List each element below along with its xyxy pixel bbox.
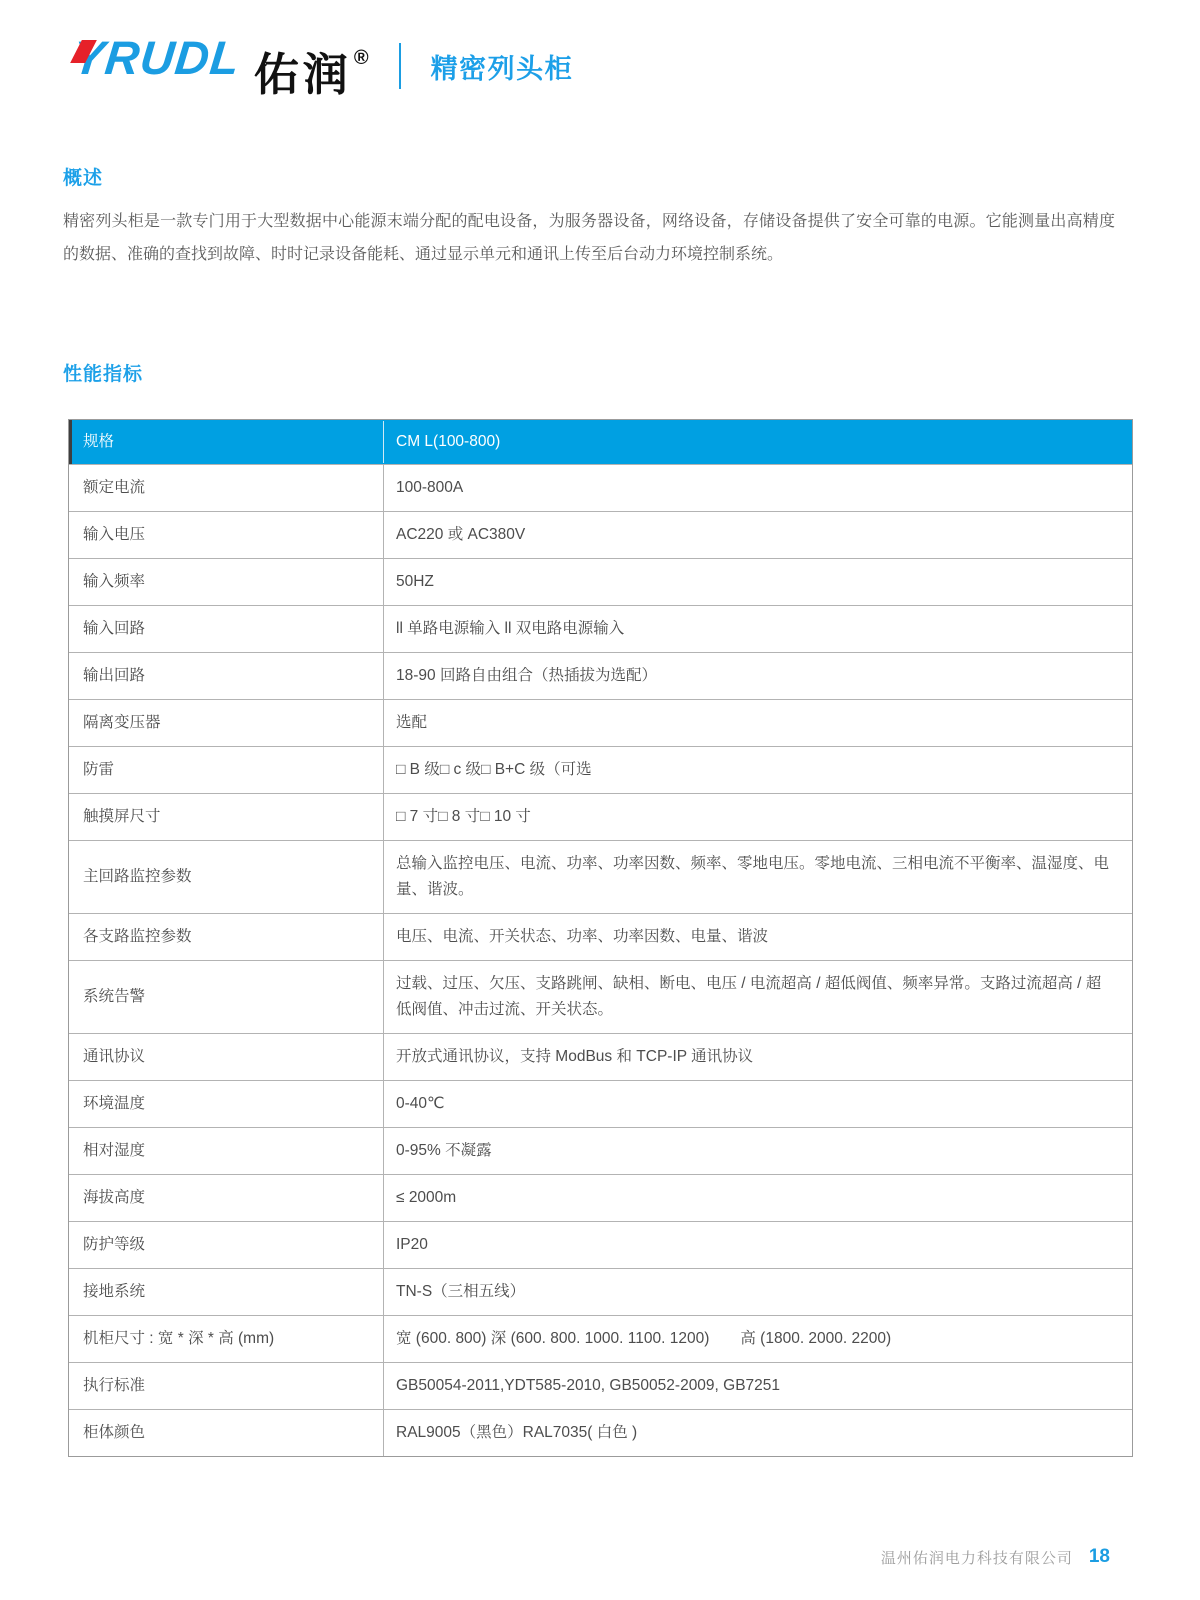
spec-row-label: 相对湿度 (69, 1128, 384, 1174)
spec-table: 规格 CM L(100-800) 额定电流 100-800A 输入电压 AC22… (68, 419, 1133, 1457)
spec-table-row: 柜体颜色 RAL9005（黑色）RAL7035( 白色 ) (69, 1409, 1132, 1456)
spec-header-value: CM L(100-800) (384, 419, 1132, 465)
spec-table-row: 执行标准 GB50054-2011,YDT585-2010, GB50052-2… (69, 1362, 1132, 1409)
spec-row-value: GB50054-2011,YDT585-2010, GB50052-2009, … (384, 1363, 1132, 1409)
spec-row-value: TN-S（三相五线） (384, 1269, 1132, 1315)
brand-divider (399, 43, 401, 89)
spec-row-value: 过载、过压、欠压、支路跳闸、缺相、断电、电压 / 电流超高 / 超低阀值、频率异… (384, 961, 1132, 1033)
spec-row-label: 输入电压 (69, 512, 384, 558)
spec-row-value: 开放式通讯协议，支持 ModBus 和 TCP-IP 通讯协议 (384, 1034, 1132, 1080)
spec-row-value: 总输入监控电压、电流、功率、功率因数、频率、零地电压。零地电流、三相电流不平衡率… (384, 841, 1132, 913)
spec-row-label: 环境温度 (69, 1081, 384, 1127)
spec-row-value: 选配 (384, 700, 1132, 746)
spec-table-row: 系统告警 过载、过压、欠压、支路跳闸、缺相、断电、电压 / 电流超高 / 超低阀… (69, 960, 1132, 1033)
spec-row-label: 防护等级 (69, 1222, 384, 1268)
overview-paragraph: 精密列头柜是一款专门用于大型数据中心能源末端分配的配电设备，为服务器设备，网络设… (63, 205, 1115, 271)
footer-company-name: 温州佑润电力科技有限公司 (881, 1547, 1073, 1568)
product-title: 精密列头柜 (431, 47, 574, 86)
spec-row-value: ≤ 2000m (384, 1175, 1132, 1221)
spec-row-label: 各支路监控参数 (69, 914, 384, 960)
spec-row-value: AC220 或 AC380V (384, 512, 1132, 558)
spec-row-value: 宽 (600. 800) 深 (600. 800. 1000. 1100. 12… (384, 1316, 1132, 1362)
spec-row-label: 系统告警 (69, 961, 384, 1033)
spec-row-label: 执行标准 (69, 1363, 384, 1409)
registered-trademark-icon: ® (354, 47, 373, 69)
spec-row-value: 0-40℃ (384, 1081, 1132, 1127)
spec-row-label: 隔离变压器 (69, 700, 384, 746)
spec-table-row: 输入频率 50HZ (69, 558, 1132, 605)
spec-row-value: 0-95% 不凝露 (384, 1128, 1132, 1174)
spec-row-label: 机柜尺寸 : 宽 * 深 * 高 (mm) (69, 1316, 384, 1362)
spec-table-row: 机柜尺寸 : 宽 * 深 * 高 (mm) 宽 (600. 800) 深 (60… (69, 1315, 1132, 1362)
page-footer: 温州佑润电力科技有限公司 18 (881, 1546, 1110, 1568)
spec-row-value: 100-800A (384, 465, 1132, 511)
spec-table-row: 隔离变压器 选配 (69, 699, 1132, 746)
spec-row-value: 18-90 回路自由组合（热插拔为选配） (384, 653, 1132, 699)
spec-row-label: 额定电流 (69, 465, 384, 511)
spec-row-label: 触摸屏尺寸 (69, 794, 384, 840)
spec-row-value: □ B 级□ c 级□ B+C 级（可选 (384, 747, 1132, 793)
company-logo: YRUDL 佑润® (63, 31, 373, 102)
spec-table-body: 额定电流 100-800A 输入电压 AC220 或 AC380V 输入频率 5… (69, 464, 1132, 1456)
spec-row-label: 主回路监控参数 (69, 841, 384, 913)
spec-table-row: 触摸屏尺寸 □ 7 寸□ 8 寸□ 10 寸 (69, 793, 1132, 840)
spec-table-row: 输入电压 AC220 或 AC380V (69, 511, 1132, 558)
spec-table-row: 海拔高度 ≤ 2000m (69, 1174, 1132, 1221)
spec-table-row: 各支路监控参数 电压、电流、开关状态、功率、功率因数、电量、谐波 (69, 913, 1132, 960)
spec-header-label: 规格 (69, 421, 384, 463)
spec-row-label: 输出回路 (69, 653, 384, 699)
spec-row-label: 防雷 (69, 747, 384, 793)
spec-table-row: 防护等级 IP20 (69, 1221, 1132, 1268)
spec-row-value: ll 单路电源输入 ll 双电路电源输入 (384, 606, 1132, 652)
spec-row-value: 电压、电流、开关状态、功率、功率因数、电量、谐波 (384, 914, 1132, 960)
spec-table-row: 接地系统 TN-S（三相五线） (69, 1268, 1132, 1315)
spec-row-value: 50HZ (384, 559, 1132, 605)
spec-table-header-row: 规格 CM L(100-800) (69, 420, 1132, 464)
spec-row-label: 输入回路 (69, 606, 384, 652)
spec-row-value: IP20 (384, 1222, 1132, 1268)
specs-heading: 性能指标 (63, 359, 1137, 386)
spec-table-row: 额定电流 100-800A (69, 464, 1132, 511)
spec-row-label: 接地系统 (69, 1269, 384, 1315)
brand-name-cn: 佑润® (254, 31, 373, 102)
spec-table-row: 主回路监控参数 总输入监控电压、电流、功率、功率因数、频率、零地电压。零地电流、… (69, 840, 1132, 913)
spec-table-row: 输出回路 18-90 回路自由组合（热插拔为选配） (69, 652, 1132, 699)
spec-table-row: 环境温度 0-40℃ (69, 1080, 1132, 1127)
spec-table-row: 相对湿度 0-95% 不凝露 (69, 1127, 1132, 1174)
spec-row-label: 海拔高度 (69, 1175, 384, 1221)
page: YRUDL 佑润® 精密列头柜 概述 精密列头柜是一款专门用于大型数据中心能源末… (0, 0, 1200, 1457)
spec-row-value: RAL9005（黑色）RAL7035( 白色 ) (384, 1410, 1132, 1456)
spec-table-row: 通讯协议 开放式通讯协议，支持 ModBus 和 TCP-IP 通讯协议 (69, 1033, 1132, 1080)
brand-name-cn-text: 佑润 (254, 49, 352, 100)
overview-heading: 概述 (63, 163, 1137, 190)
spec-row-label: 柜体颜色 (69, 1410, 384, 1456)
spec-row-label: 输入频率 (69, 559, 384, 605)
footer-page-number: 18 (1089, 1546, 1110, 1568)
spec-row-label: 通讯协议 (69, 1034, 384, 1080)
brand-header: YRUDL 佑润® 精密列头柜 (63, 35, 1137, 97)
spec-row-value: □ 7 寸□ 8 寸□ 10 寸 (384, 794, 1132, 840)
spec-table-row: 防雷 □ B 级□ c 级□ B+C 级（可选 (69, 746, 1132, 793)
spec-table-row: 输入回路 ll 单路电源输入 ll 双电路电源输入 (69, 605, 1132, 652)
